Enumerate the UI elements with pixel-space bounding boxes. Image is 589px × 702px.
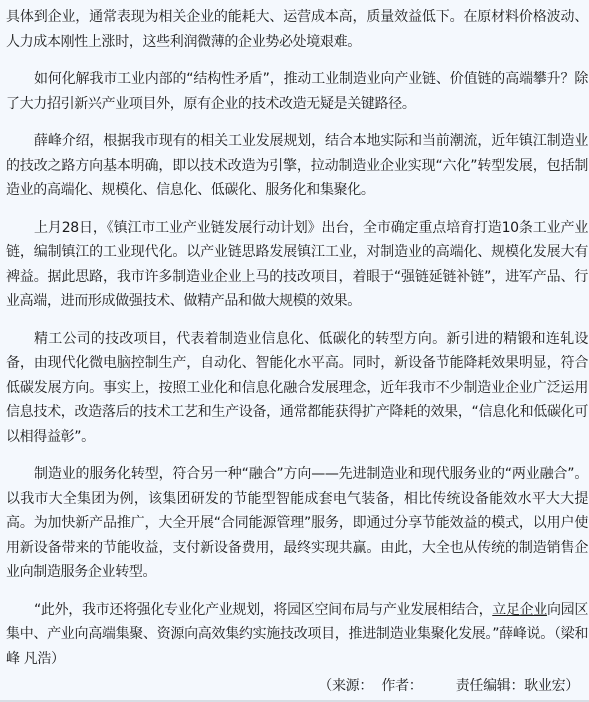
article-body: 具体到企业，通常表现为相关企业的能耗大、运营成本高，质量效益低下。在原材料价格波… — [0, 0, 588, 684]
source-label: （来源： — [318, 678, 373, 694]
article-paragraph: 薛峰介绍，根据我市现有的相关工业发展规划，结合本地实际和当前潮流，近年镇江制造业… — [6, 129, 588, 203]
article-paragraph: 如何化解我市工业内部的“结构性矛盾”，推动工业制造业向产业链、价值链的高端攀升？… — [6, 67, 588, 116]
paragraph-text: “此外，我市还将强化专业化产业规划，将园区空间布局与产业发展相结合， — [34, 602, 492, 618]
article-paragraph: 具体到企业，通常表现为相关企业的能耗大、运营成本高，质量效益低下。在原材料价格波… — [6, 5, 588, 54]
editor-label: 责任编辑：耿业宏） — [456, 678, 579, 694]
keyword-link[interactable]: 立足企业 — [492, 602, 547, 618]
article-paragraph: 精工公司的技改项目，代表着制造业信息化、低碳化的转型方向。新引进的精锻和连轧设备… — [6, 327, 588, 450]
article-paragraph: 制造业的服务化转型，符合另一种“融合”方向——先进制造业和现代服务业的“两业融合… — [6, 462, 588, 585]
author-label: 作者： — [381, 678, 422, 694]
article-footer: （来源： 作者： 责任编辑：耿业宏） — [318, 676, 579, 696]
article-paragraph: 上月28日，《镇江市工业产业链发展行动计划》出台，全市确定重点培育打造10条工业… — [6, 216, 588, 314]
article-paragraph-last: “此外，我市还将强化专业化产业规划，将园区空间布局与产业发展相结合，立足企业向园… — [6, 598, 588, 672]
